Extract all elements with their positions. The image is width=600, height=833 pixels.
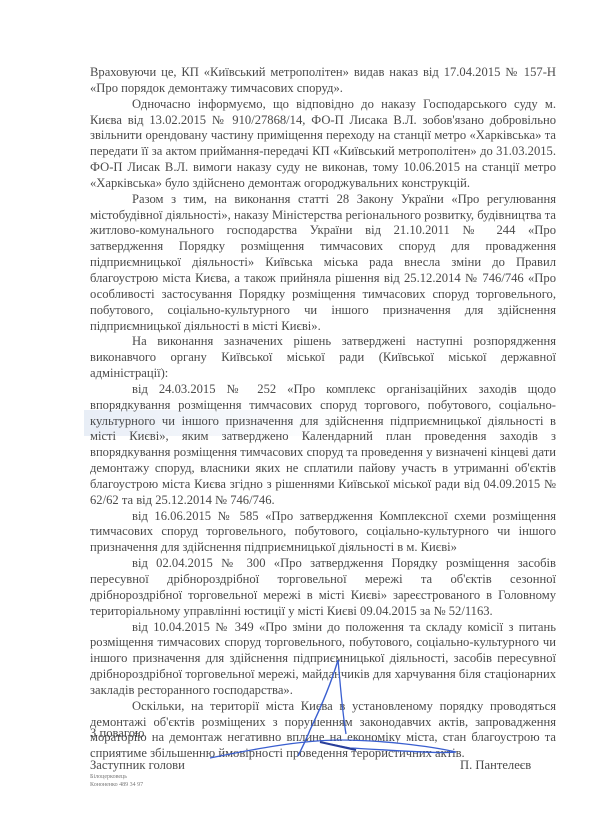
closing-salutation: З повагою bbox=[90, 726, 144, 741]
letter-body: Враховуючи це, КП «Київський метрополіте… bbox=[90, 0, 556, 762]
paragraph-order-585: від 16.06.2015 № 585 «Про затвердження К… bbox=[90, 509, 556, 557]
paragraph-order-252: від 24.03.2015 № 252 «Про комплекс орган… bbox=[90, 382, 556, 509]
paragraph-order-300: від 02.04.2015 № 300 «Про затвердження П… bbox=[90, 556, 556, 619]
signatory-name: П. Пантелеєв bbox=[460, 758, 531, 773]
signatory-position: Заступник голови bbox=[90, 758, 185, 773]
executor-1: Білоцерковець bbox=[90, 774, 143, 782]
paragraph-court-order: Одночасно інформуємо, що відповідно до н… bbox=[90, 97, 556, 192]
paragraph-metro-order: Враховуючи це, КП «Київський метрополіте… bbox=[90, 65, 556, 97]
paragraph-law-article-28: Разом з тим, на виконання статті 28 Зако… bbox=[90, 192, 556, 335]
paragraph-orders-intro: На виконання зазначених рішень затвердже… bbox=[90, 334, 556, 382]
executors-note: Білоцерковець Кононенко 489 34 97 bbox=[90, 774, 143, 789]
handwritten-signature-icon bbox=[210, 660, 470, 760]
executor-2: Кононенко 489 34 97 bbox=[90, 782, 143, 790]
